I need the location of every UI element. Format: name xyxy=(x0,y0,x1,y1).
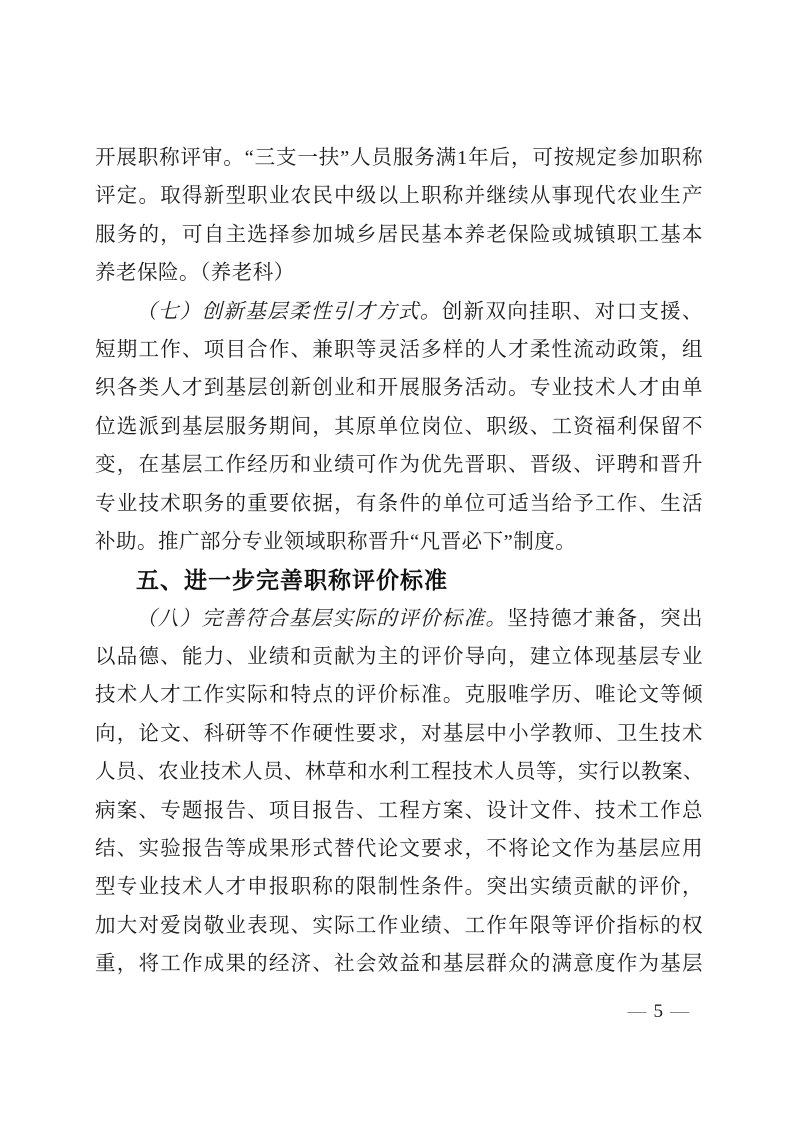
item7-line1-rest: 创新双向挂职、对口支援、 xyxy=(442,301,703,323)
body-line: 补助。推广部分专业领域职称晋升“凡晋必下”制度。 xyxy=(95,523,703,561)
page-number-value: 5 xyxy=(647,1001,671,1022)
body-line: 变，在基层工作经历和业绩可作为优先晋职、晋级、评聘和晋升 xyxy=(95,446,703,484)
body-line-item7-start: （七）创新基层柔性引才方式。创新双向挂职、对口支援、 xyxy=(95,293,703,331)
body-line: 病案、专题报告、项目报告、工程方案、设计文件、技术工作总 xyxy=(95,792,703,830)
body-line: 技术人才工作实际和特点的评价标准。克服唯学历、唯论文等倾 xyxy=(95,676,703,714)
page-number-dash-right: — xyxy=(670,1001,689,1022)
body-line: 评定。取得新型职业农民中级以上职称并继续从事现代农业生产 xyxy=(95,177,703,215)
page-number-dash-left: — xyxy=(628,1001,647,1022)
body-line: 短期工作、项目合作、兼职等灵活多样的人才柔性流动政策，组 xyxy=(95,331,703,369)
body-line: 人员、农业技术人员、林草和水利工程技术人员等，实行以教案、 xyxy=(95,753,703,791)
body-line: 向，论文、科研等不作硬性要求，对基层中小学教师、卫生技术 xyxy=(95,715,703,753)
body-line: 重，将工作成果的经济、社会效益和基层群众的满意度作为基层 xyxy=(95,945,703,983)
body-line: 以品德、能力、业绩和贡献为主的评价导向，建立体现基层专业 xyxy=(95,638,703,676)
item7-lead-title: （七）创新基层柔性引才方式。 xyxy=(136,301,442,323)
body-line: 专业技术职务的重要依据，有条件的单位可适当给予工作、生活 xyxy=(95,485,703,523)
body-line: 织各类人才到基层创新创业和开展服务活动。专业技术人才由单 xyxy=(95,369,703,407)
section5-heading: 五、进一步完善职称评价标准 xyxy=(95,561,703,599)
body-line: 结、实验报告等成果形式替代论文要求，不将论文作为基层应用 xyxy=(95,830,703,868)
page-number: —5— xyxy=(628,1000,690,1024)
body-line: 服务的，可自主选择参加城乡居民基本养老保险或城镇职工基本 xyxy=(95,216,703,254)
item8-line1-rest: 坚持德才兼备，突出 xyxy=(507,608,703,630)
document-body: 开展职称评审。“三支一扶”人员服务满1年后，可按规定参加职称 评定。取得新型职业… xyxy=(95,139,703,984)
body-line-item8-start: （八）完善符合基层实际的评价标准。坚持德才兼备，突出 xyxy=(95,600,703,638)
document-page: 开展职称评审。“三支一扶”人员服务满1年后，可按规定参加职称 评定。取得新型职业… xyxy=(0,0,793,1122)
body-line: 开展职称评审。“三支一扶”人员服务满1年后，可按规定参加职称 xyxy=(95,139,703,177)
body-line: 养老保险。（养老科） xyxy=(95,254,703,292)
item8-lead-title: （八）完善符合基层实际的评价标准。 xyxy=(136,608,507,630)
body-line: 加大对爱岗敬业表现、实际工作业绩、工作年限等评价指标的权 xyxy=(95,907,703,945)
body-line: 位选派到基层服务期间，其原单位岗位、职级、工资福利保留不 xyxy=(95,408,703,446)
body-line: 型专业技术人才申报职称的限制性条件。突出实绩贡献的评价， xyxy=(95,868,703,906)
